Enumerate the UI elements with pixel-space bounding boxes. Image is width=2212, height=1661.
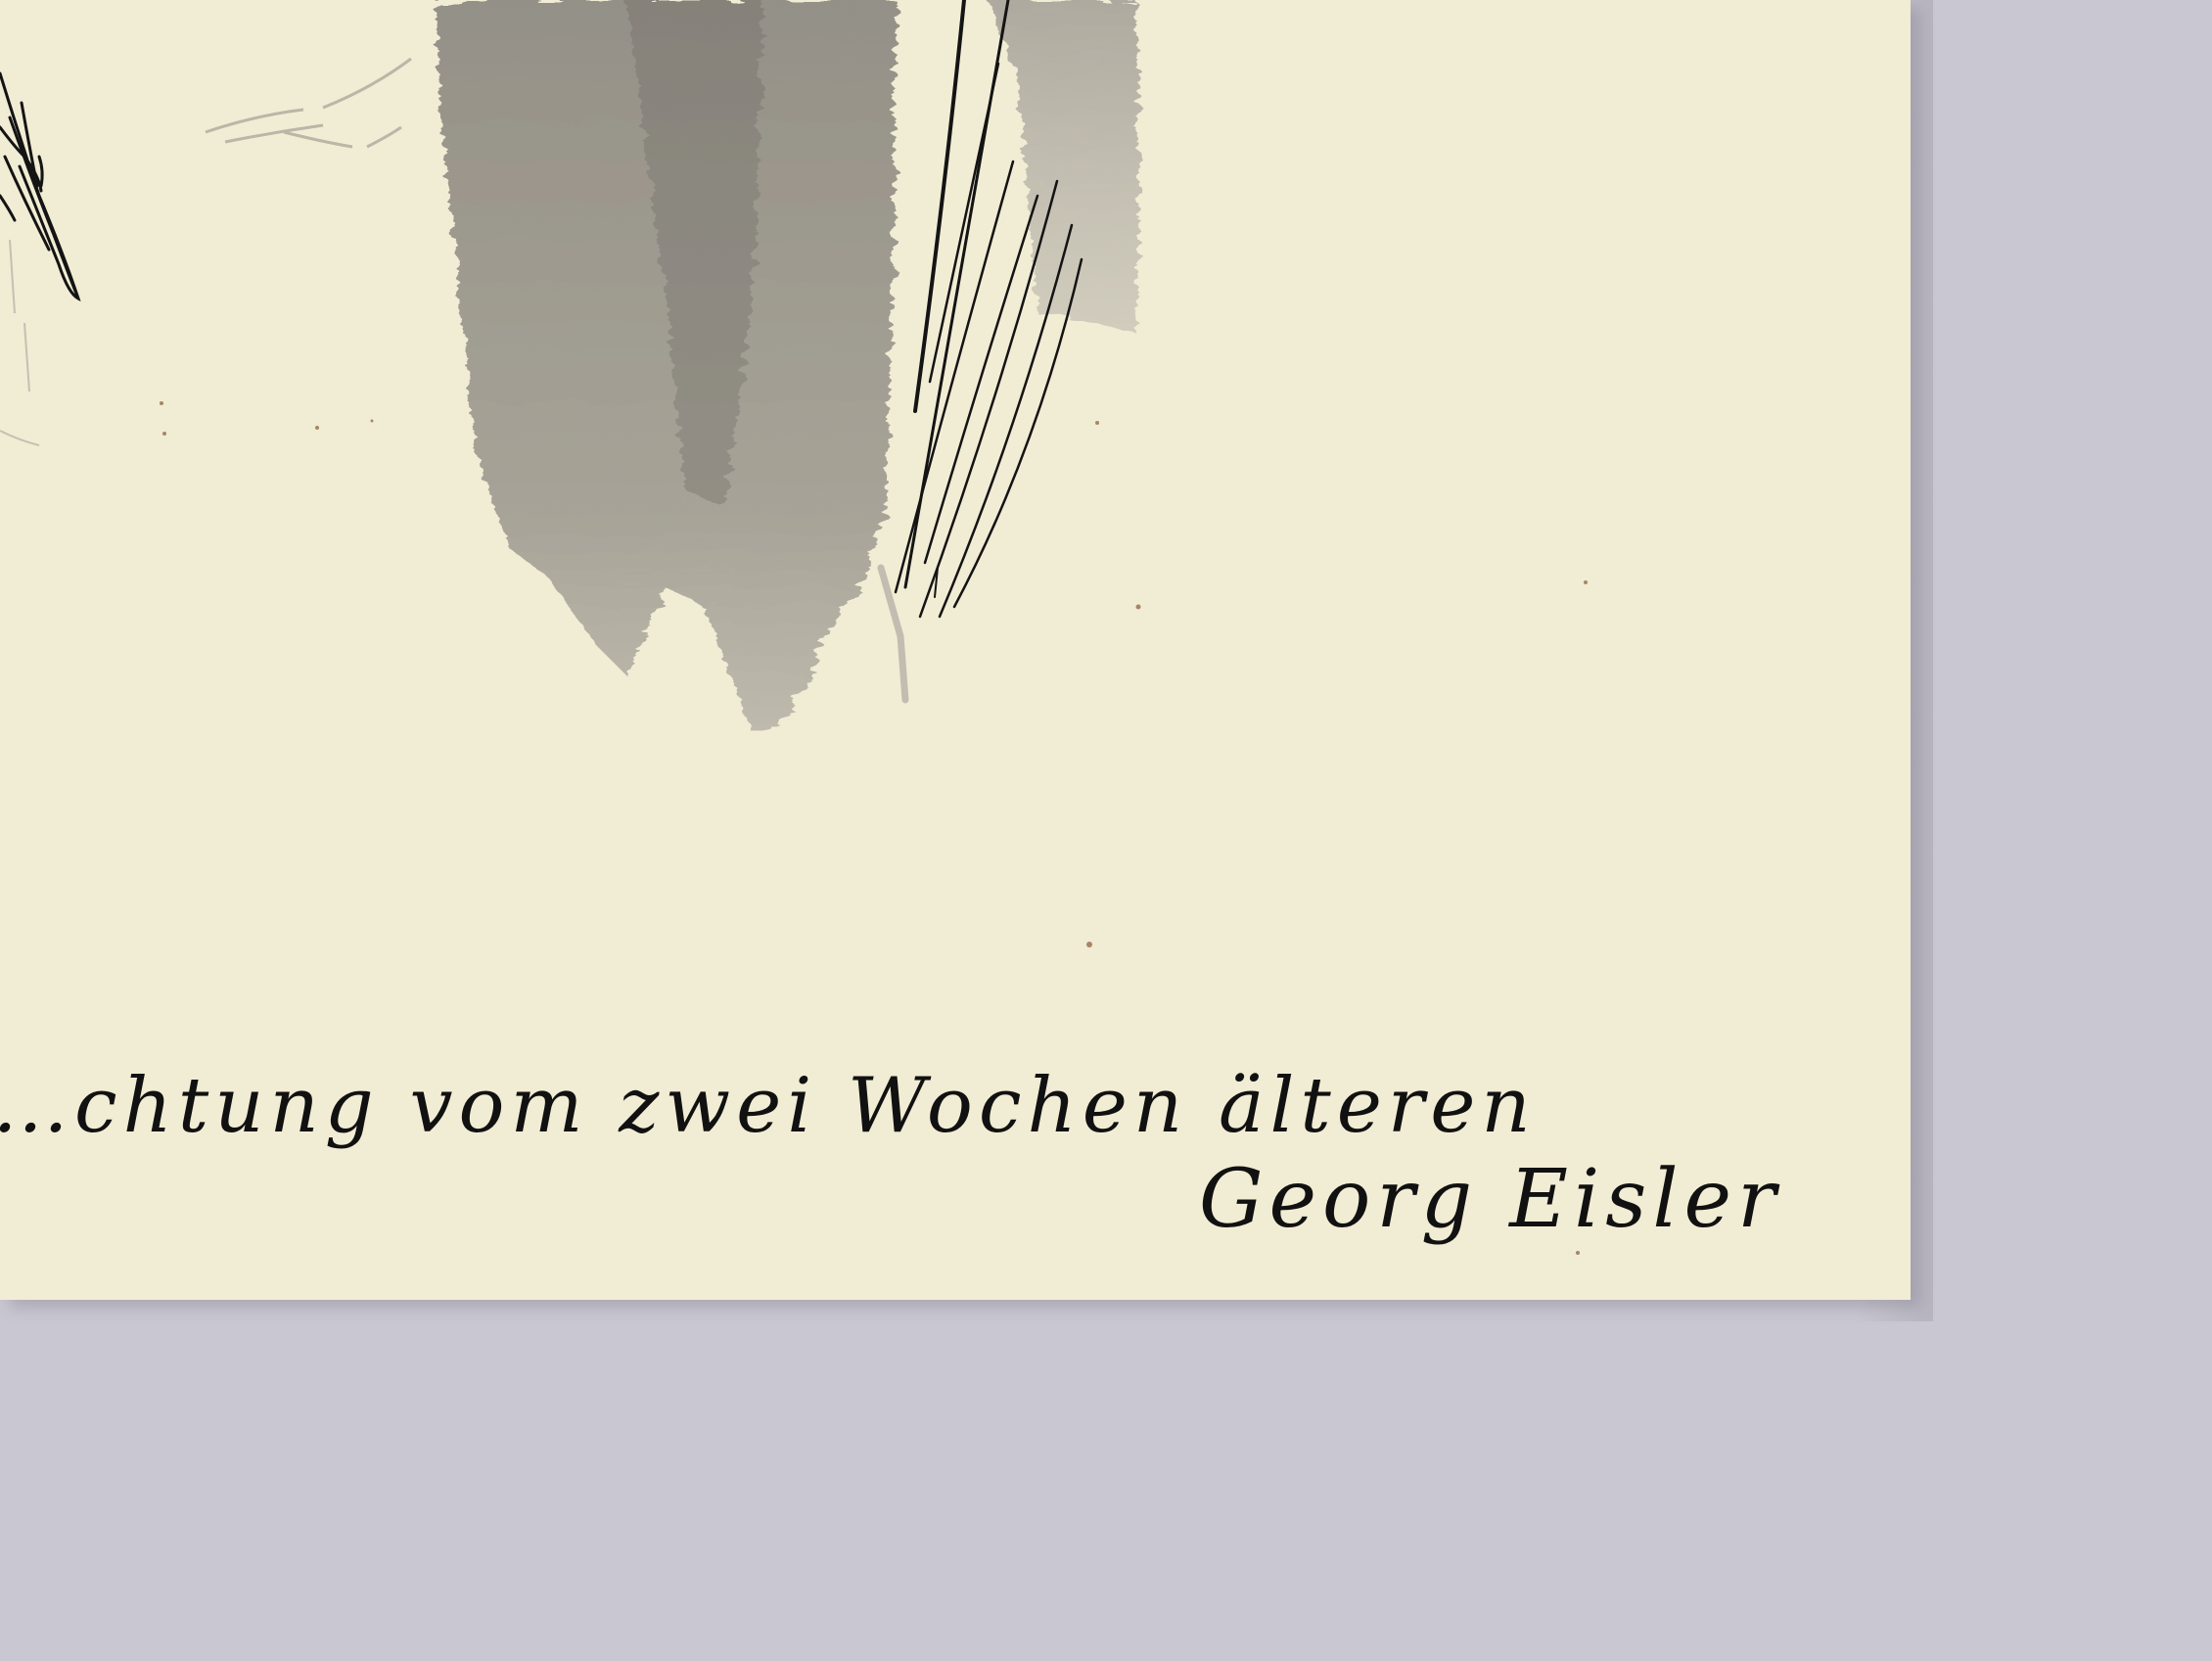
- paper-sheet: …chtung vom zwei Wochen älteren Georg Ei…: [0, 0, 1911, 1300]
- inscription-line-1: …chtung vom zwei Wochen älteren: [0, 1062, 1537, 1150]
- grey-wash-main: [436, 0, 896, 734]
- pale-brush-stroke: [881, 568, 905, 700]
- photograph-scene: …chtung vom zwei Wochen älteren Georg Ei…: [0, 0, 2212, 1661]
- dry-brush-marks: [206, 59, 411, 147]
- faint-pencil-left: [0, 240, 39, 445]
- artist-signature: Georg Eisler: [1199, 1153, 1781, 1246]
